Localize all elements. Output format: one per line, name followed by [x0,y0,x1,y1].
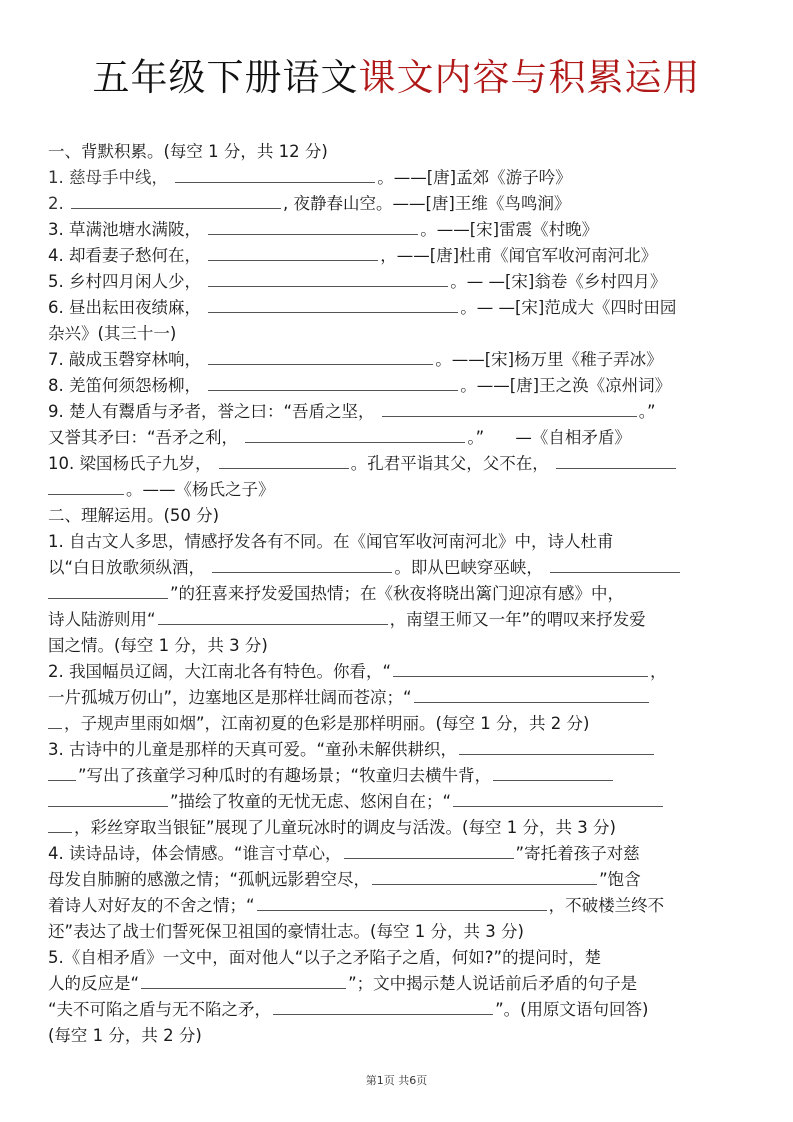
blank[interactable] [493,766,613,781]
s1-item-10: 10. 梁国杨氏子九岁， 。孔君平诣其父，父不在， [48,451,748,477]
s2-q1-l4: 诗人陆游则用“，南望王师又一年”的喟叹来抒发爱 [48,607,748,633]
worksheet-body: 一、背默积累。(每空 1 分，共 12 分) 1. 慈母手中线， 。——[唐]孟… [48,139,748,1049]
s1-item-3: 3. 草满池塘水满陂， 。——[宋]雷震《村晚》 [48,217,748,243]
s1-item-1: 1. 慈母手中线， 。——[唐]孟郊《游子吟》 [48,165,748,191]
s2-q2-l2: 一片孤城万仞山”，边塞地区是那样壮阔而苍凉；“ [48,685,748,711]
s2-q5-l4: (每空 1 分，共 2 分) [48,1023,748,1049]
s2-q3-l3: ”描绘了牧童的无忧无虑、悠闲自在；“ [48,789,748,815]
s2-q3-l1: 3. 古诗中的儿童是那样的天真可爱。“童孙未解供耕织， [48,737,748,763]
blank[interactable] [48,714,62,729]
blank[interactable] [459,740,654,755]
s2-q5-l2: 人的反应是“”；文中揭示楚人说话前后矛盾的句子是 [48,971,748,997]
s1-item-2: 2. , 夜静春山空。——[唐]王维《鸟鸣涧》 [48,191,748,217]
blank[interactable] [175,168,375,183]
s2-q5-l3: “夫不可陷之盾与无不陷之矛，”。(用原文语句回答) [48,997,748,1023]
blank[interactable] [48,584,168,599]
blank[interactable] [208,350,433,365]
blank[interactable] [208,298,458,313]
title-black: 五年级下册语文 [93,56,359,99]
s1-item-9-line2: 又誉其矛曰：“吾矛之利， 。” —《自相矛盾》 [48,425,748,451]
blank[interactable] [158,610,388,625]
blank[interactable] [372,870,597,885]
blank[interactable] [382,402,637,417]
s2-q2-l3: ，子规声里雨如烟”，江南初夏的色彩是那样明丽。(每空 1 分，共 2 分) [48,711,748,737]
blank[interactable] [212,558,392,573]
blank[interactable] [48,818,72,833]
section2-heading: 二、理解运用。(50 分) [48,503,748,529]
title-red: 课文内容与积累运用 [359,56,701,99]
s2-q2-l1: 2. 我国幅员辽阔，大江南北各有特色。你看，“， [48,659,748,685]
blank[interactable] [393,662,648,677]
blank[interactable] [208,376,458,391]
s1-item-6: 6. 昼出耘田夜绩麻， 。— —[宋]范成大《四时田园 [48,295,748,321]
s2-q3-l2: ”写出了孩童学习种瓜时的有趣场景；“牧童归去横牛背， [48,763,748,789]
page-title: 五年级下册语文课文内容与积累运用 [0,56,793,100]
s1-item-8: 8. 羌笛何须怨杨柳， 。——[唐]王之涣《凉州词》 [48,373,748,399]
blank[interactable] [453,792,663,807]
s2-q1-l1: 1. 自古文人多思，情感抒发各有不同。在《闻官军收河南河北》中，诗人杜甫 [48,529,748,555]
s1-item-7: 7. 敲成玉磬穿林响， 。——[宋]杨万里《稚子弄冰》 [48,347,748,373]
s1-item-9: 9. 楚人有鬻盾与矛者，誉之曰：“吾盾之坚， 。” [48,399,748,425]
s2-q4-l2: 母发自肺腑的感激之情；“孤帆远影碧空尽，”饱含 [48,867,748,893]
blank[interactable] [141,974,346,989]
section1-heading: 一、背默积累。(每空 1 分，共 12 分) [48,139,748,165]
blank[interactable] [48,480,124,495]
blank[interactable] [245,428,465,443]
blank[interactable] [344,844,514,859]
s2-q1-l2: 以“白日放歌须纵酒， 。即从巴峡穿巫峡， [48,555,748,581]
blank[interactable] [257,896,547,911]
blank[interactable] [71,194,281,209]
blank[interactable] [550,558,680,573]
s1-item-10-cont: 。——《杨氏之子》 [48,477,748,503]
blank[interactable] [414,688,649,703]
s2-q5-l1: 5.《自相矛盾》一文中，面对他人“以子之矛陷子之盾，何如?”的提问时，楚 [48,945,748,971]
blank[interactable] [556,454,676,469]
s2-q1-l3: ”的狂喜来抒发爱国热情；在《秋夜将晓出篱门迎凉有感》中， [48,581,748,607]
s2-q3-l4: ，彩丝穿取当银钲”展现了儿童玩冰时的调皮与活泼。(每空 1 分，共 3 分) [48,815,748,841]
blank[interactable] [219,454,349,469]
blank[interactable] [48,766,76,781]
blank[interactable] [273,1000,493,1015]
page-indicator: 第1页 共6页 [0,1072,793,1088]
s2-q1-l5: 国之情。(每空 1 分，共 3 分) [48,633,748,659]
s1-item-4: 4. 却看妻子愁何在， ，——[唐]杜甫《闻官军收河南河北》 [48,243,748,269]
blank[interactable] [48,792,168,807]
s2-q4-l4: 还”表达了战士们誓死保卫祖国的豪情壮志。(每空 1 分，共 3 分) [48,919,748,945]
s2-q4-l1: 4. 读诗品诗，体会情感。“谁言寸草心，”寄托着孩子对慈 [48,841,748,867]
blank[interactable] [208,220,418,235]
s1-item-6-cont: 杂兴》(其三十一) [48,321,748,347]
s2-q4-l3: 着诗人对好友的不舍之情；“，不破楼兰终不 [48,893,748,919]
blank[interactable] [208,246,378,261]
blank[interactable] [208,272,448,287]
s1-item-5: 5. 乡村四月闲人少， 。— —[宋]翁卷《乡村四月》 [48,269,748,295]
